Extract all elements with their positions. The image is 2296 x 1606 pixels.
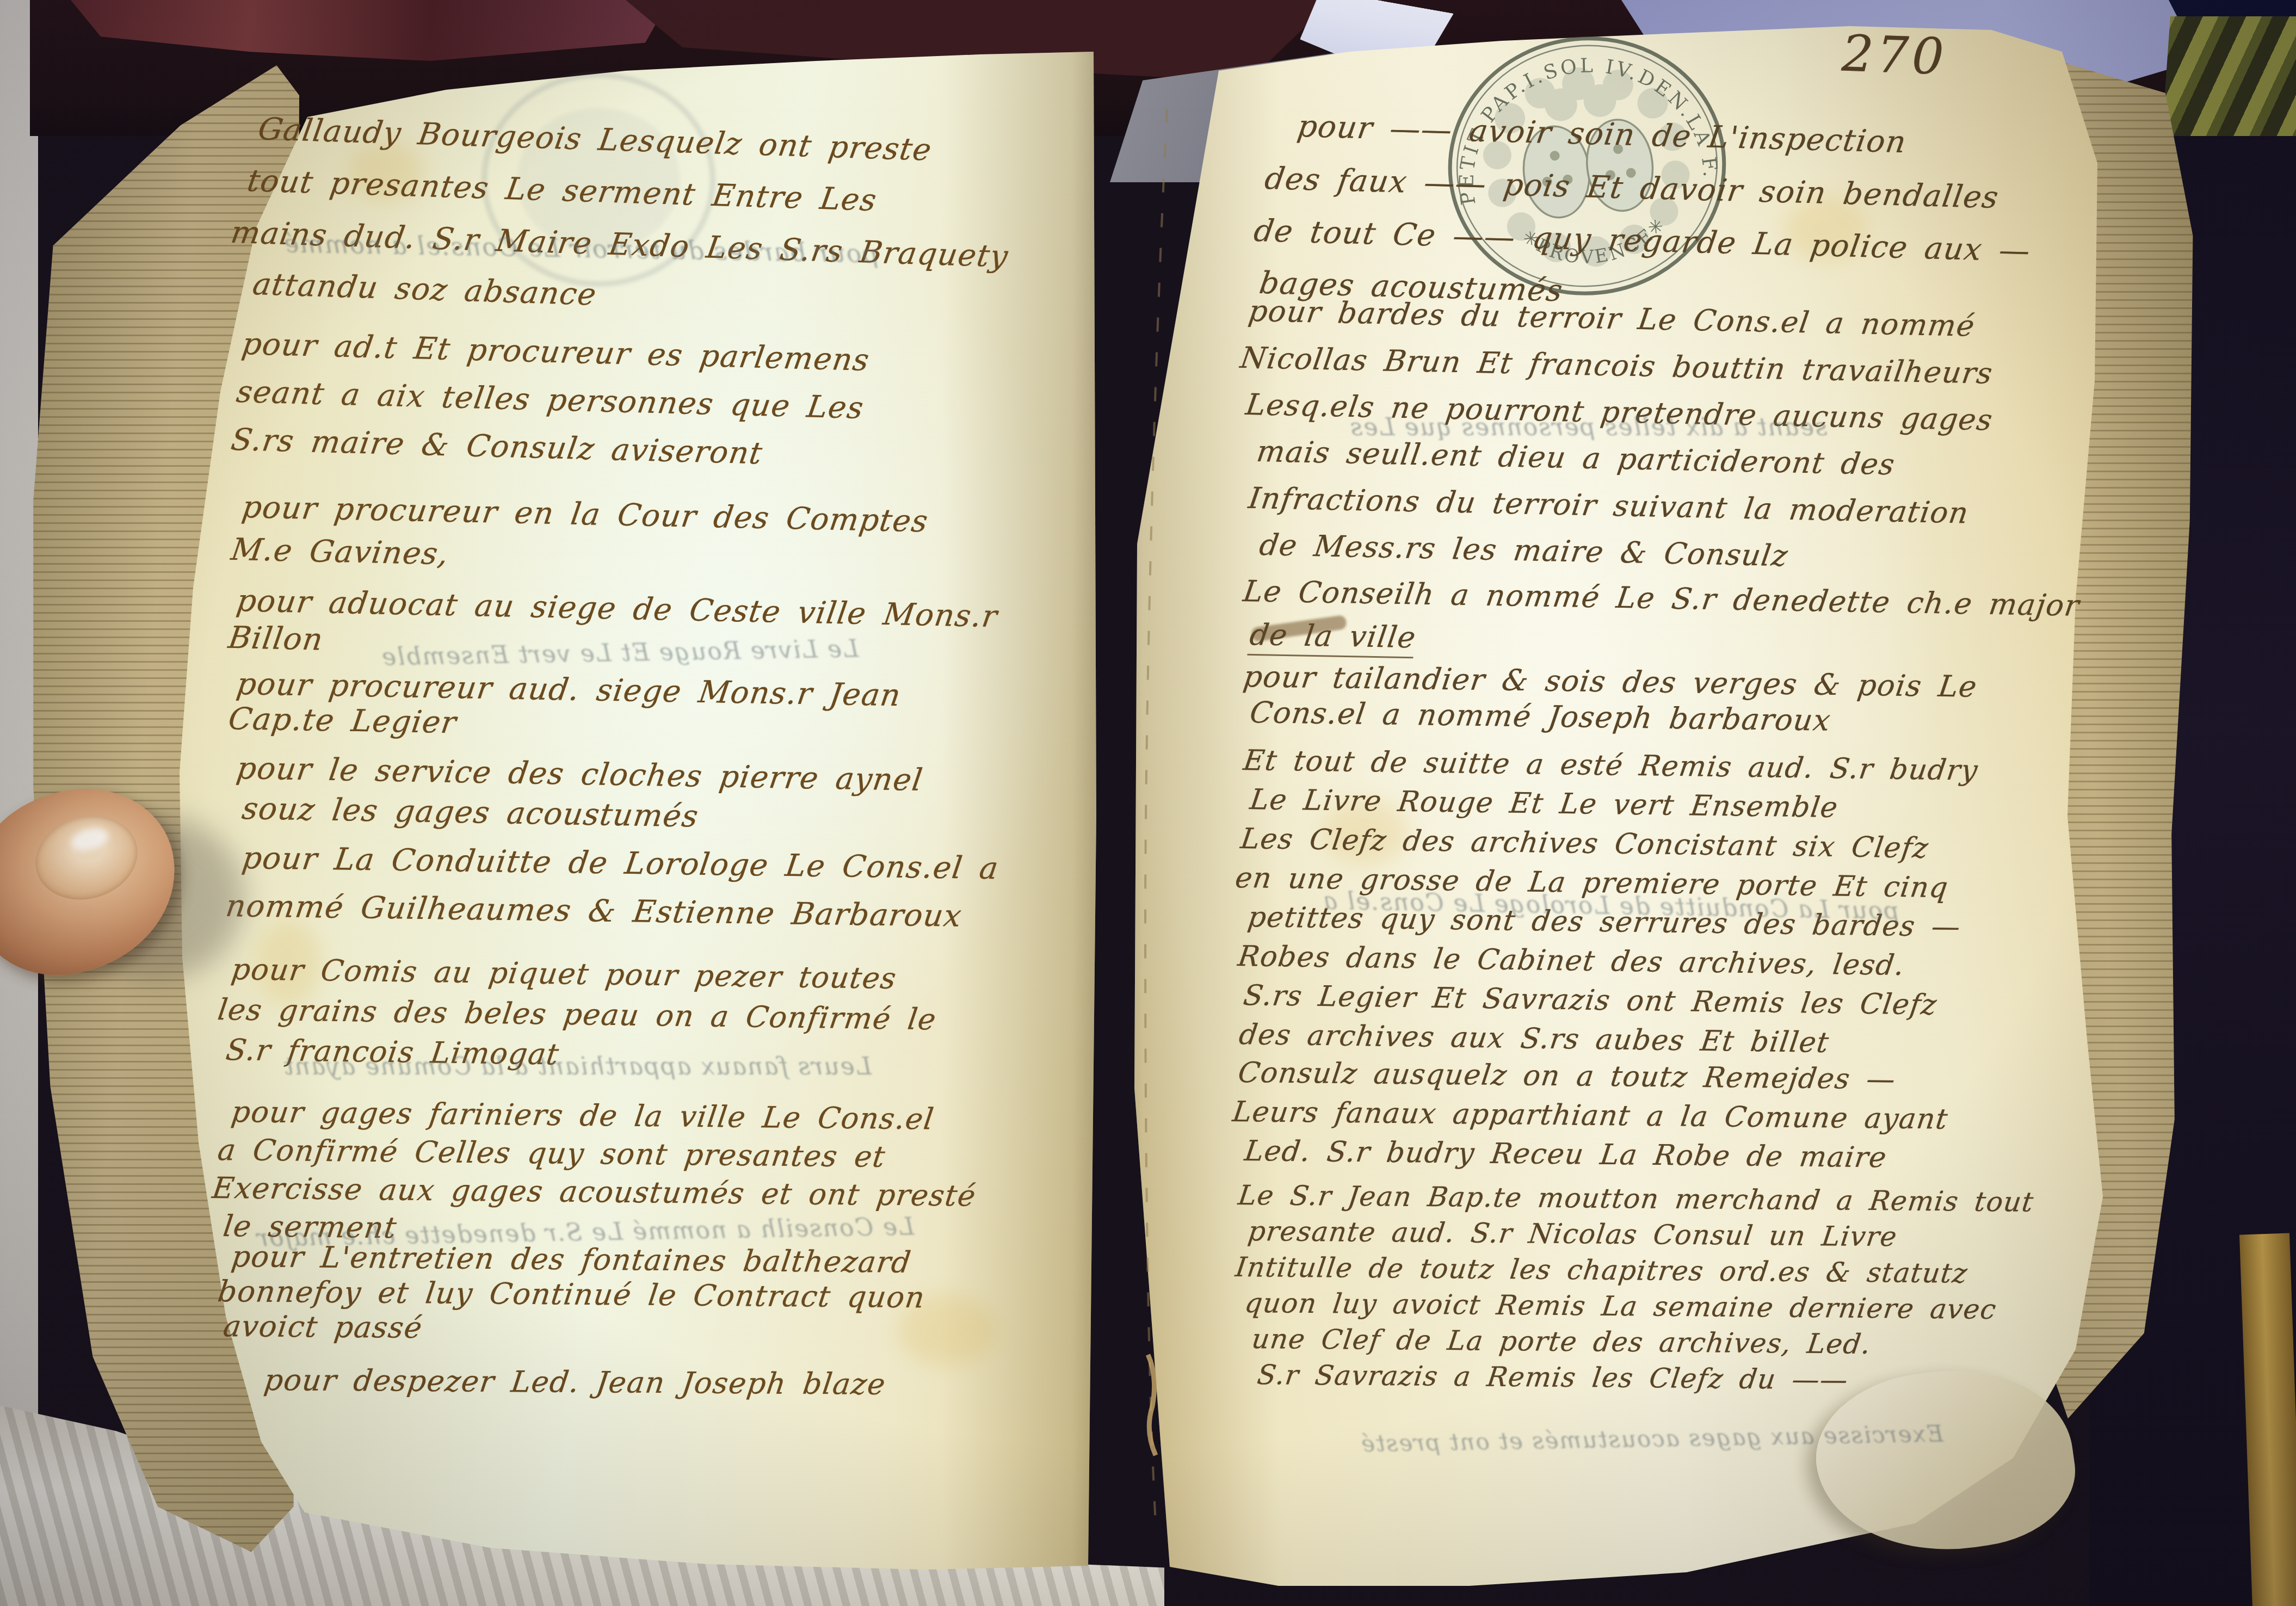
manuscript-line: Les Clefz des archives Concistant six Cl… <box>1239 823 1931 865</box>
manuscript-line: pour despezer Led. Jean Joseph blaze <box>262 1363 888 1401</box>
manuscript-line: S.r Savrazis a Remis les Clefz du —— <box>1255 1359 1850 1395</box>
manuscript-line: de Mess.rs les maire & Consulz <box>1257 528 1791 573</box>
manuscript-line: Gallaudy Bourgeois Lesquelz ont preste <box>256 112 935 168</box>
manuscript-line: mais seull.ent dieu a particideront des <box>1255 434 1897 481</box>
manuscript-line: S.rs maire & Consulz aviseront <box>229 422 765 471</box>
manuscript-line: attandu soz absance <box>250 267 599 313</box>
manuscript-line: avoict passé <box>221 1309 425 1345</box>
bleedthrough-text: Leurs fanaux apparthiant a la Comune aya… <box>283 1053 872 1080</box>
manuscript-line: quon luy avoict Remis La semaine dernier… <box>1243 1287 1998 1325</box>
manuscript-line: Intitulle de toutz les chapitres ord.es … <box>1233 1251 1970 1289</box>
manuscript-line: une Clef de La porte des archives, Led. <box>1250 1323 1873 1360</box>
manuscript-line: des archives aux S.rs aubes Et billet <box>1237 1018 1831 1059</box>
manuscript-line: Le S.r Jean Bap.te moutton merchand a Re… <box>1236 1179 2035 1218</box>
manuscript-line: Consulz ausquelz on a toutz Remejdes — <box>1236 1057 1898 1096</box>
manuscript-line: Cap.te Legier <box>226 701 459 740</box>
manuscript-line: pour La Conduitte de Lorologe Le Cons.el… <box>240 841 1001 886</box>
manuscript-line: Infractions du terroir suivant la modera… <box>1246 481 1971 530</box>
manuscript-photo: PETIT PAP.I.SOL IV.DEN.LA F. ✳PROVENCE✳ … <box>0 0 2296 1606</box>
manuscript-line: les grains des beles peau on a Confirmé … <box>215 992 939 1036</box>
manuscript-line: des faux —— pois Et davoir soin bendalle… <box>1262 161 2001 215</box>
manuscript-line: Nicollas Brun Et francois bouttin travai… <box>1238 341 1995 391</box>
manuscript-line: Exercisse aux gages acoustumés et ont pr… <box>211 1171 978 1213</box>
manuscript-line: Billon <box>226 620 326 657</box>
manuscript-line: de tout Ce —— quy regarde La police aux … <box>1251 213 2033 269</box>
manuscript-line: pour bardes du terroir Le Cons.el a nomm… <box>1246 294 1978 343</box>
manuscript-line: presante aud. S.r Nicolas Consul un Livr… <box>1246 1215 1899 1252</box>
manuscript-line: M.e Gavines, <box>229 532 452 572</box>
manuscript-line: pour ad.t Et procureur es parlemens <box>239 326 872 378</box>
bleedthrough-text: Le Livre Rouge Et Le vert Ensemble <box>381 635 859 671</box>
bleedthrough-text: Exercisse aux gages acoustumés et ont pr… <box>1360 1420 1944 1457</box>
manuscript-line: tout presantes Le serment Entre Les <box>245 163 879 218</box>
manuscript-line: Led. S.r budry Receu La Robe de maire <box>1243 1135 1889 1174</box>
manuscript-line: Robes dans le Cabinet des archives, lesd… <box>1236 940 1907 982</box>
manuscript-line: pour le service des cloches pierre aynel <box>234 751 925 798</box>
manuscript-line: nommé Guilheaumes & Estienne Barbaroux <box>224 888 964 934</box>
manuscript-line: pour procureur en la Cour des Comptes <box>240 490 931 539</box>
manuscript-line: Le Livre Rouge Et Le vert Ensemble <box>1248 783 1841 824</box>
manuscript-line: pour —— avoir soin de L'inspection <box>1295 109 1909 160</box>
manuscript-line: Cons.el a nommé Joseph barbaroux <box>1248 695 1833 738</box>
manuscript-line: a Confirmé Celles quy sont presantes et <box>216 1133 888 1174</box>
manuscript-line: souz les gages acoustumés <box>240 791 701 834</box>
manuscript-line: Leurs fanaux apparthiant a la Comune aya… <box>1231 1096 1950 1136</box>
manuscript-text: Gallaudy Bourgeois Lesquelz ont presteto… <box>0 0 2296 1606</box>
manuscript-line: de la ville <box>1247 617 1418 658</box>
manuscript-line: Le Conseilh a nommé Le S.r denedette ch.… <box>1241 574 2082 623</box>
manuscript-line: S.rs Legier Et Savrazis ont Remis les Cl… <box>1242 979 1940 1022</box>
manuscript-line: pour Comis au piquet pour pezer toutes <box>229 952 899 996</box>
manuscript-line: Et tout de suitte a esté Remis aud. S.r … <box>1242 744 1980 787</box>
manuscript-line: seant a aix telles personnes que Les <box>234 374 866 426</box>
manuscript-line: pour aduocat au siege de Ceste ville Mon… <box>234 583 1000 634</box>
manuscript-line: pour gages fariniers de la ville Le Cons… <box>230 1095 936 1136</box>
bleedthrough-text: seant a aix telles personnes que Les <box>1349 413 1828 441</box>
manuscript-line: bonnefoy et luy Continué le Contract quo… <box>216 1274 928 1314</box>
thumbnail <box>26 804 147 911</box>
